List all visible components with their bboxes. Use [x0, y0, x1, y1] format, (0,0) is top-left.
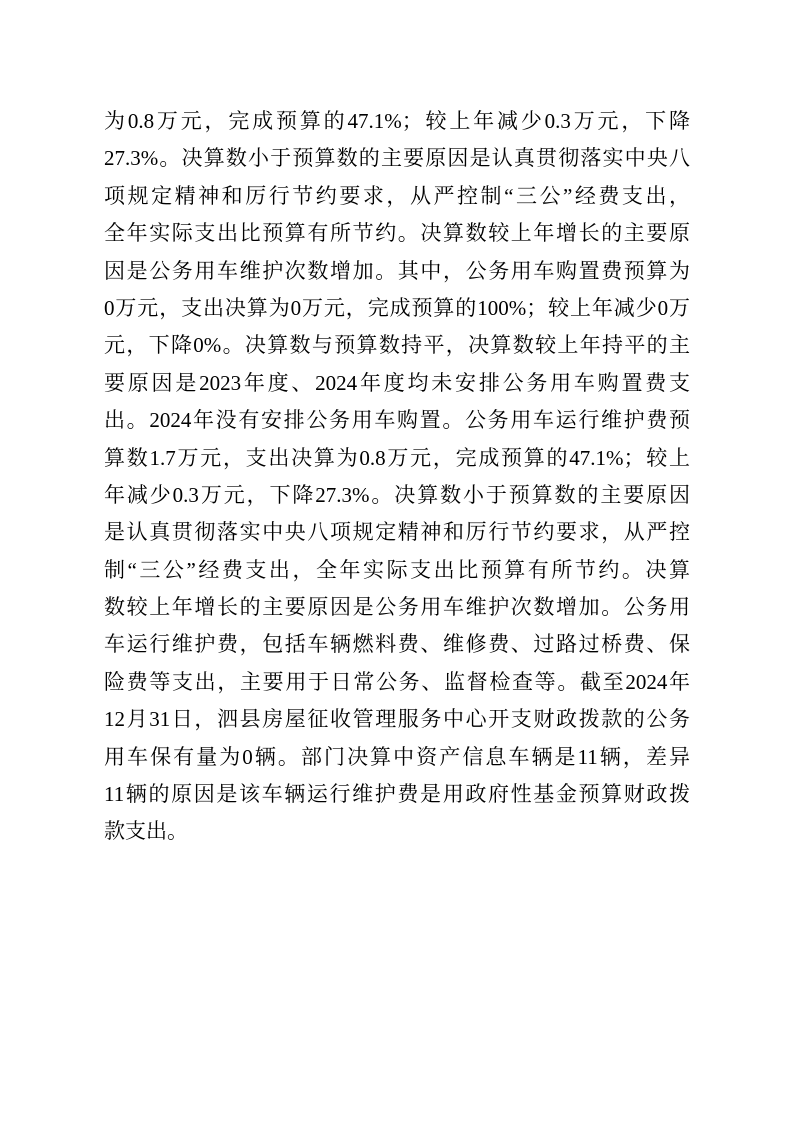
text-line: 要原因是2023年度、2024年度均未安排公务用车购置费支 [104, 365, 690, 402]
text-line: 制“三公”经费支出，全年实际支出比预算有所节约。决算 [104, 552, 690, 589]
body-text: 为0.8万元，完成预算的47.1%；较上年减少0.3万元，下降 27.3%。决算… [104, 103, 690, 851]
text-line: 是认真贯彻落实中央八项规定精神和厉行节约要求，从严控 [104, 514, 690, 551]
text-line: 年减少0.3万元，下降27.3%。决算数小于预算数的主要原因 [104, 477, 690, 514]
text-line: 全年实际支出比预算有所节约。决算数较上年增长的主要原 [104, 215, 690, 252]
text-line: 项规定精神和厉行节约要求，从严控制“三公”经费支出， [104, 178, 690, 215]
text-line: 27.3%。决算数小于预算数的主要原因是认真贯彻落实中央八 [104, 140, 690, 177]
text-line: 款支出。 [104, 813, 690, 850]
text-line: 数较上年增长的主要原因是公务用车维护次数增加。公务用 [104, 589, 690, 626]
text-line: 险费等支出，主要用于日常公务、监督检查等。截至2024年 [104, 664, 690, 701]
text-line: 因是公务用车维护次数增加。其中，公务用车购置费预算为 [104, 253, 690, 290]
text-line: 出。2024年没有安排公务用车购置。公务用车运行维护费预 [104, 402, 690, 439]
text-line: 12月31日，泗县房屋征收管理服务中心开支财政拨款的公务 [104, 701, 690, 738]
text-line: 用车保有量为0辆。部门决算中资产信息车辆是11辆，差异 [104, 739, 690, 776]
document-page: 为0.8万元，完成预算的47.1%；较上年减少0.3万元，下降 27.3%。决算… [0, 0, 793, 1122]
text-line: 为0.8万元，完成预算的47.1%；较上年减少0.3万元，下降 [104, 103, 690, 140]
text-line: 元，下降0%。决算数与预算数持平，决算数较上年持平的主 [104, 327, 690, 364]
text-line: 0万元，支出决算为0万元，完成预算的100%；较上年减少0万 [104, 290, 690, 327]
text-line: 车运行维护费，包括车辆燃料费、维修费、过路过桥费、保 [104, 626, 690, 663]
text-line: 11辆的原因是该车辆运行维护费是用政府性基金预算财政拨 [104, 776, 690, 813]
text-line: 算数1.7万元，支出决算为0.8万元，完成预算的47.1%；较上 [104, 440, 690, 477]
